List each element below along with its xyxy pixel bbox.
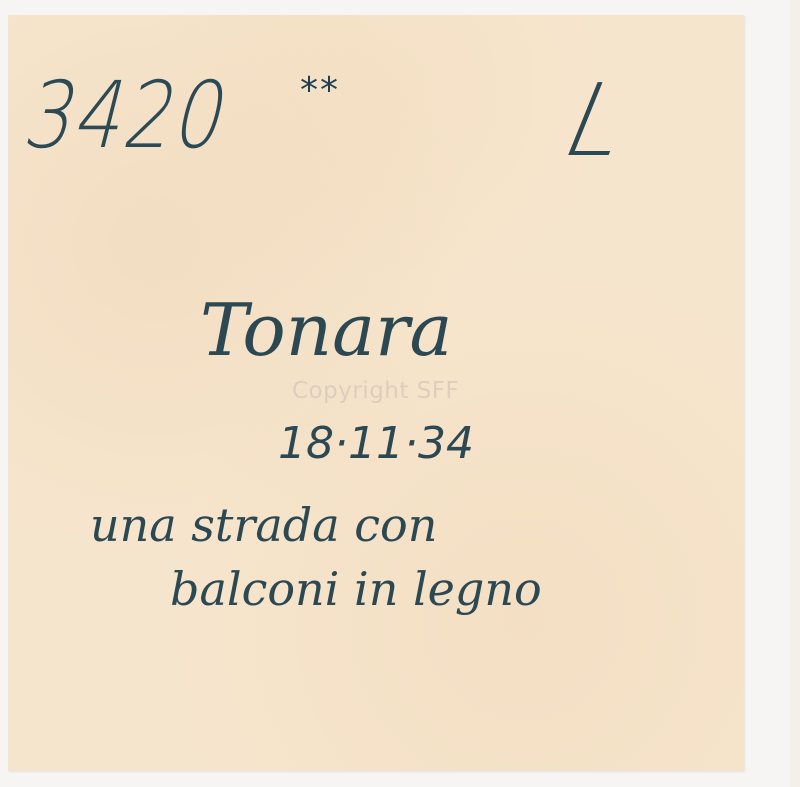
- place-name: Tonara: [200, 288, 452, 372]
- catalog-number: 3420: [15, 62, 240, 169]
- date: 18·11·34: [278, 418, 474, 469]
- background-strip: [790, 0, 800, 787]
- caption-line-2: balconi in legno: [170, 562, 542, 616]
- copyright-watermark: Copyright SFF: [292, 378, 459, 404]
- caption-line-1: una strada con: [90, 498, 437, 552]
- catalog-marks: **: [300, 70, 340, 111]
